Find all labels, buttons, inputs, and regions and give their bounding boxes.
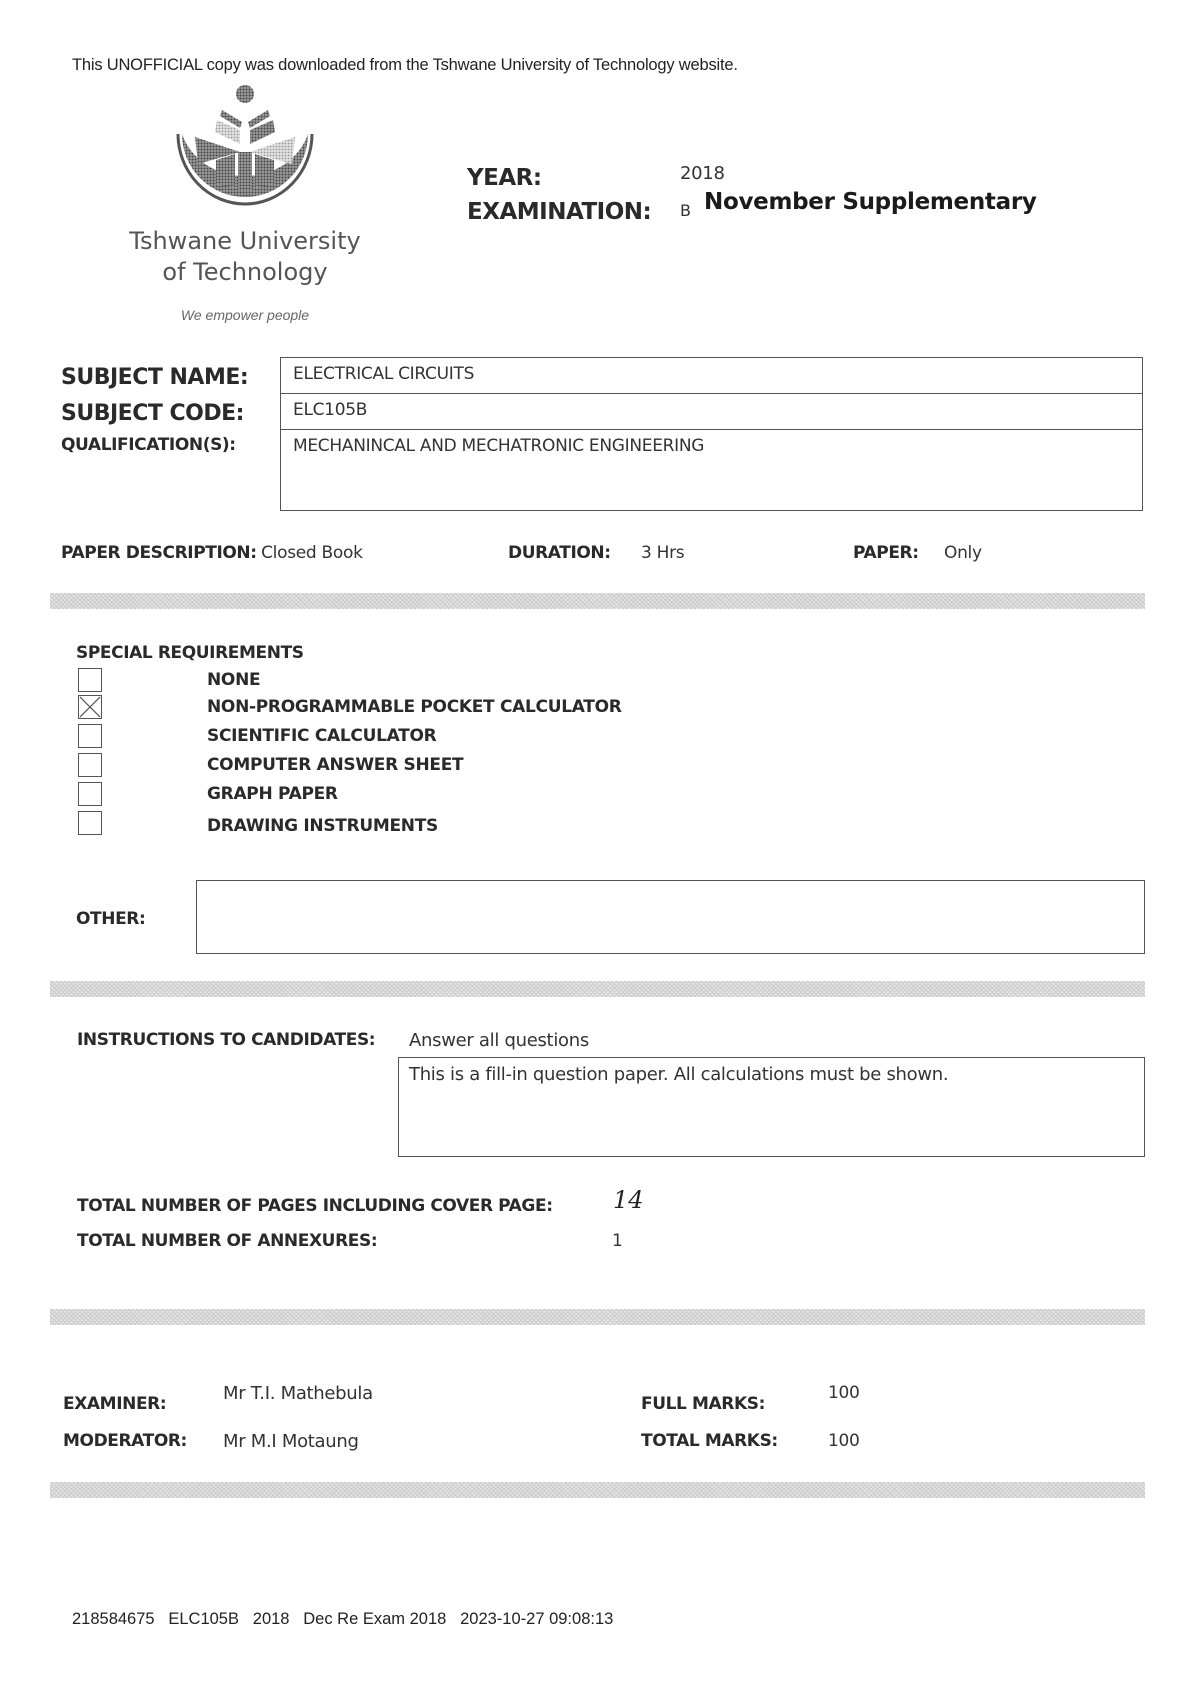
paper-value: Only <box>944 543 982 563</box>
section-divider <box>50 1482 1145 1498</box>
tut-crest-logo-icon <box>170 82 320 220</box>
requirement-checkbox[interactable] <box>78 724 102 748</box>
requirement-checkbox[interactable] <box>78 695 102 719</box>
checked-x-icon <box>79 696 101 718</box>
section-divider <box>50 981 1145 997</box>
footer-subject-code: ELC105B <box>168 1610 239 1628</box>
moderator-value: Mr M.I Motaung <box>223 1431 359 1452</box>
university-name-line2: of Technology <box>100 257 390 288</box>
moderator-label: MODERATOR: <box>63 1431 187 1451</box>
year-value: 2018 <box>680 163 725 184</box>
total-marks-label: TOTAL MARKS: <box>641 1431 778 1451</box>
requirement-checkbox[interactable] <box>78 782 102 806</box>
qualification-value: MECHANINCAL AND MECHATRONIC ENGINEERING <box>281 430 1142 462</box>
examination-label: EXAMINATION: <box>467 199 651 225</box>
requirement-label: NONE <box>207 670 260 690</box>
requirement-label: NON-PROGRAMMABLE POCKET CALCULATOR <box>207 697 622 717</box>
paper-description-value: Closed Book <box>261 543 363 563</box>
footer-exam-name: Dec Re Exam 2018 <box>303 1610 446 1628</box>
unofficial-copy-banner: This UNOFFICIAL copy was downloaded from… <box>72 56 738 75</box>
requirement-checkbox[interactable] <box>78 668 102 692</box>
year-label: YEAR: <box>467 165 542 191</box>
paper-description-label: PAPER DESCRIPTION: <box>61 543 257 563</box>
requirement-checkbox[interactable] <box>78 811 102 835</box>
total-annexures-value: 1 <box>612 1231 623 1251</box>
requirement-label: COMPUTER ANSWER SHEET <box>207 755 463 775</box>
duration-value: 3 Hrs <box>641 543 684 563</box>
duration-label: DURATION: <box>508 543 611 563</box>
examiner-value: Mr T.I. Mathebula <box>223 1383 373 1404</box>
download-footer: 218584675 ELC105B 2018 Dec Re Exam 2018 … <box>72 1610 613 1629</box>
full-marks-label: FULL MARKS: <box>641 1394 765 1414</box>
university-name-line1: Tshwane University <box>100 226 390 257</box>
subject-code-value: ELC105B <box>281 394 1142 430</box>
subject-details-box: ELECTRICAL CIRCUITS ELC105B MECHANINCAL … <box>280 357 1143 511</box>
requirement-checkbox[interactable] <box>78 753 102 777</box>
examination-value: November Supplementary <box>704 189 1037 215</box>
footer-student-number: 218584675 <box>72 1610 155 1628</box>
other-field <box>196 880 1145 954</box>
total-pages-label: TOTAL NUMBER OF PAGES INCLUDING COVER PA… <box>77 1196 553 1216</box>
instructions-details-box: This is a fill-in question paper. All ca… <box>398 1057 1145 1157</box>
subject-name-label: SUBJECT NAME: <box>61 365 248 390</box>
university-motto: We empower people <box>100 307 390 323</box>
qualification-label: QUALIFICATION(S): <box>61 435 236 455</box>
total-pages-value: 14 <box>613 1186 644 1214</box>
paper-label: PAPER: <box>853 543 919 563</box>
total-marks-value: 100 <box>828 1431 860 1451</box>
subject-name-value: ELECTRICAL CIRCUITS <box>281 358 1142 394</box>
footer-year: 2018 <box>253 1610 290 1628</box>
examination-prefix: B <box>680 201 691 220</box>
examiner-label: EXAMINER: <box>63 1394 166 1414</box>
instructions-details: This is a fill-in question paper. All ca… <box>409 1064 948 1085</box>
requirement-label: SCIENTIFIC CALCULATOR <box>207 726 436 746</box>
special-requirements-title: SPECIAL REQUIREMENTS <box>76 643 304 663</box>
subject-code-label: SUBJECT CODE: <box>61 401 244 426</box>
other-label: OTHER: <box>76 909 145 929</box>
section-divider <box>50 1309 1145 1325</box>
footer-timestamp: 2023-10-27 09:08:13 <box>460 1610 613 1628</box>
paper-description: PAPER DESCRIPTION: Closed Book <box>61 543 363 563</box>
requirement-label: DRAWING INSTRUMENTS <box>207 816 438 836</box>
total-annexures-label: TOTAL NUMBER OF ANNEXURES: <box>77 1231 377 1251</box>
university-name: Tshwane University of Technology <box>100 226 390 288</box>
instructions-label: INSTRUCTIONS TO CANDIDATES: <box>77 1030 375 1050</box>
section-divider <box>50 593 1145 609</box>
instructions-summary: Answer all questions <box>409 1030 589 1051</box>
full-marks-value: 100 <box>828 1383 860 1403</box>
requirement-label: GRAPH PAPER <box>207 784 338 804</box>
